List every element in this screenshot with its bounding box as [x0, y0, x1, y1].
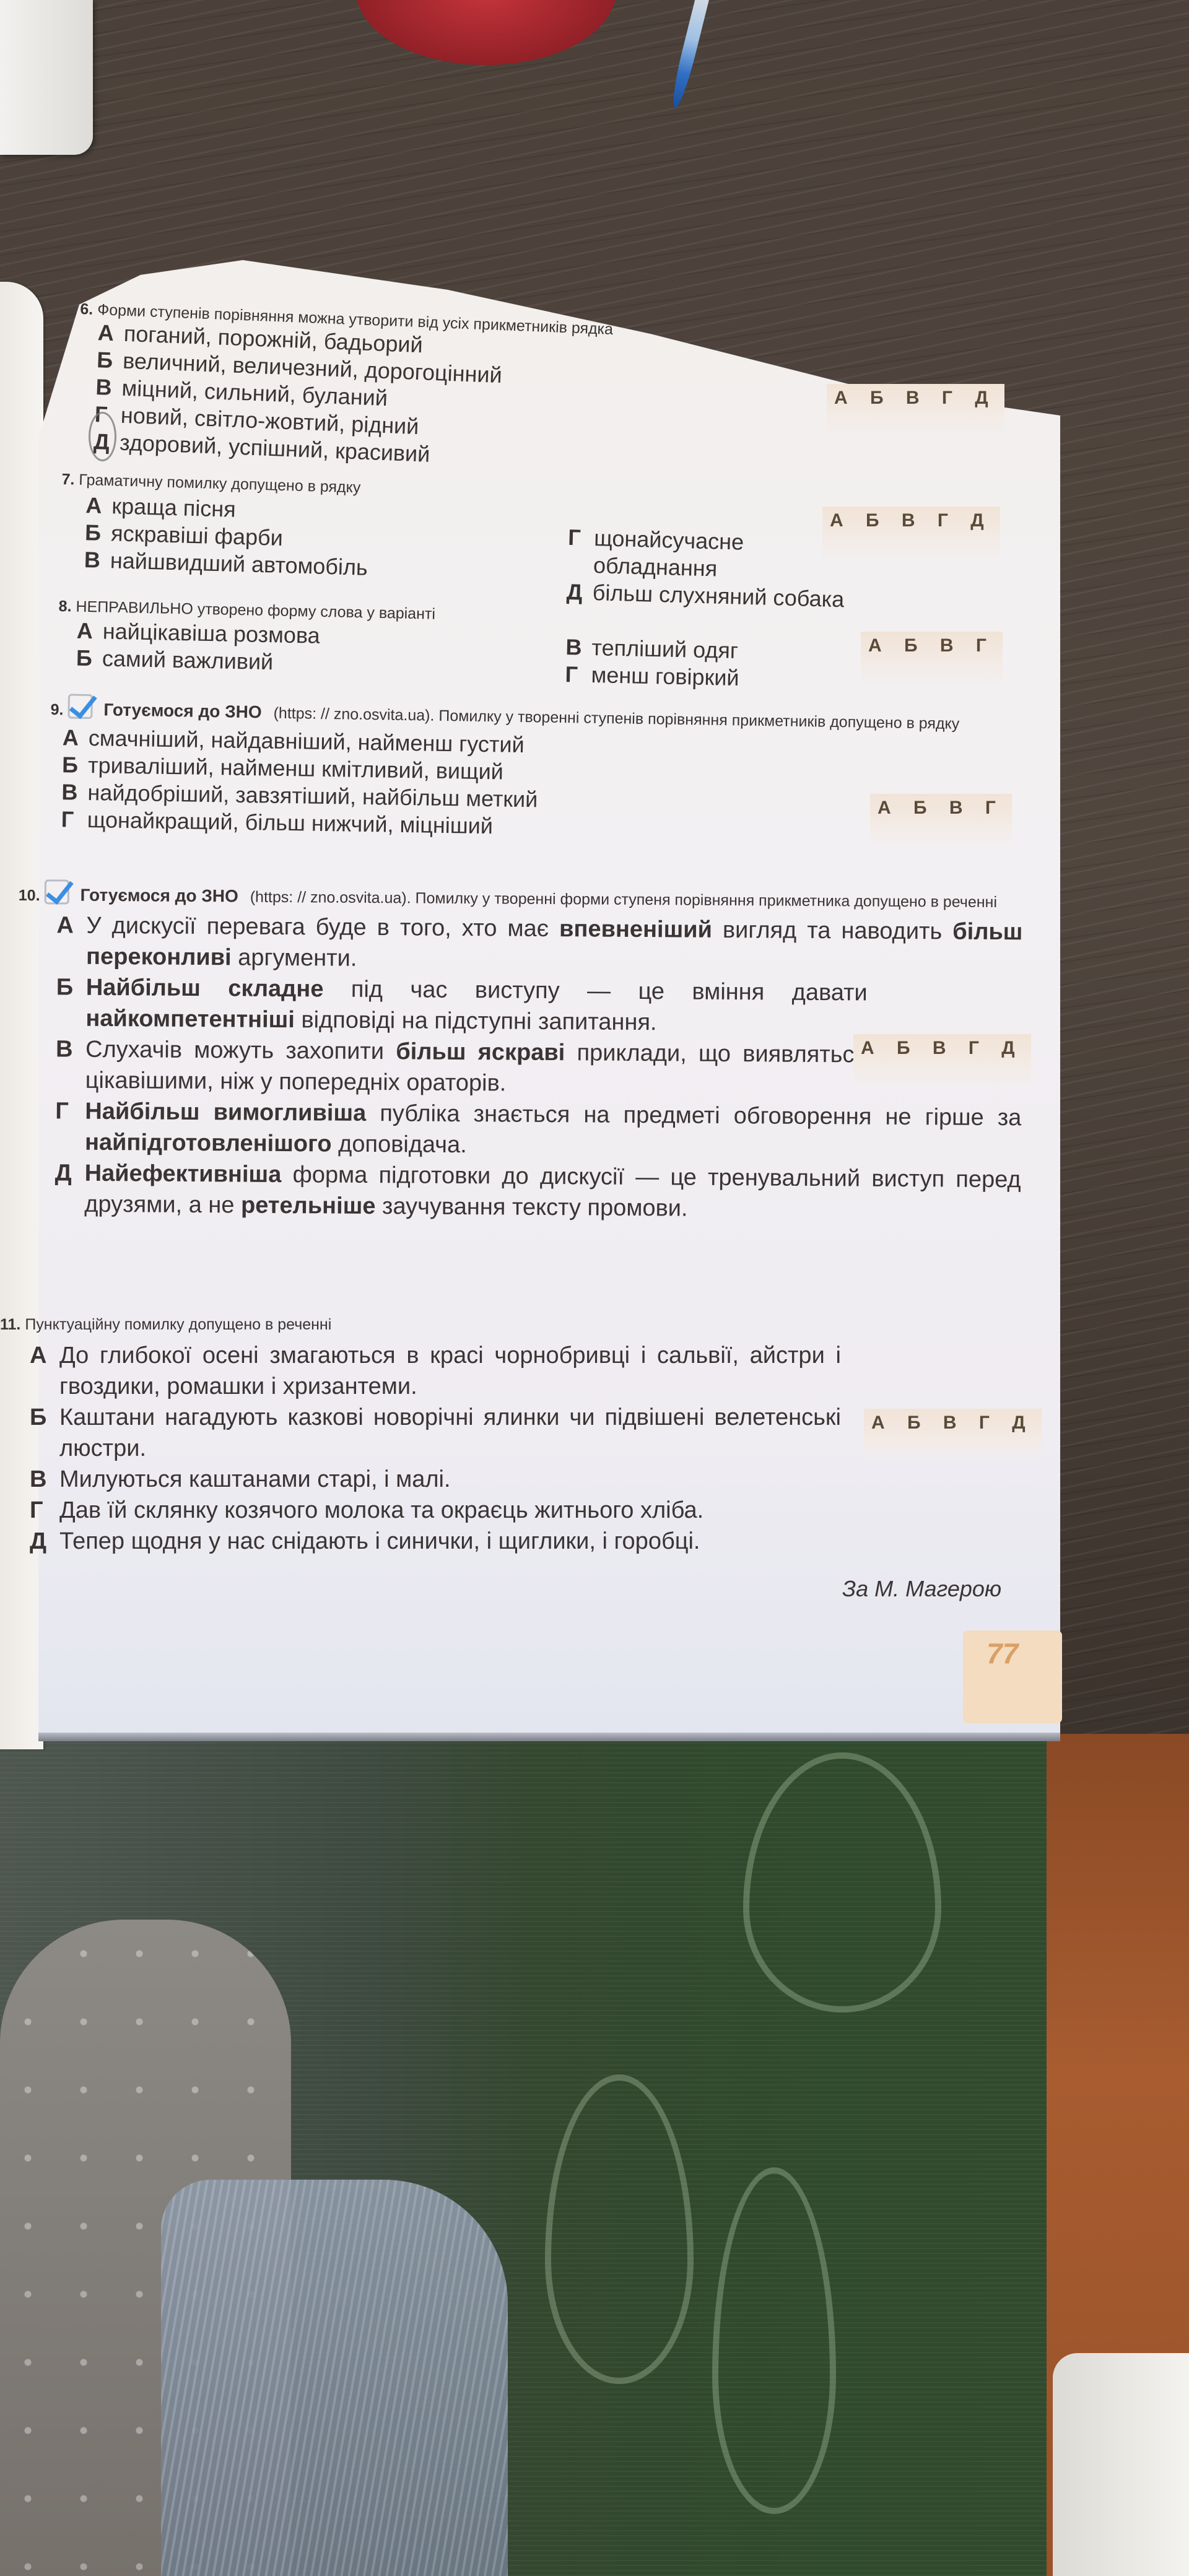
highlighted-word: ретельніше	[241, 1193, 376, 1220]
page-content: 6. Форми ступенів порівняння можна утвор…	[0, 0, 1189, 1734]
task-10-option-c[interactable]: ВСлухачів можуть захопити більш яскраві …	[56, 1033, 868, 1101]
task-7-answer-grid[interactable]: А Б В Г Д	[822, 507, 1000, 560]
option-letter: А	[56, 910, 87, 972]
text-fragment: публіка знається на предметі обговорення…	[366, 1100, 1021, 1131]
option-text: Найефективніша форма підготовки до диску…	[84, 1158, 1021, 1227]
zno-checkmark-icon	[44, 879, 69, 904]
page-number: 77	[986, 1637, 1018, 1670]
highlighted-word: впевненіший	[559, 916, 712, 943]
source-attribution: За М. Магерою	[842, 1576, 1001, 1602]
task-7-option-d[interactable]: Гщонайсучасне обладнання	[567, 524, 803, 585]
task-10-option-a[interactable]: АУ дискусії перевага буде в того, хто ма…	[56, 910, 1023, 978]
task-10-option-e[interactable]: ДНайефективніша форма підготовки до диск…	[54, 1157, 1021, 1226]
task-8-option-d[interactable]: Гменш говіркий	[565, 661, 739, 692]
task-10-prompt: 10. Готуємося до ЗНО (https: // zno.osvi…	[19, 879, 1022, 912]
option-letter: Д	[54, 1157, 85, 1219]
task-7-option-e[interactable]: Дбільш слухняний собака	[566, 578, 845, 614]
task-11-option-e[interactable]: ДТепер щодня у нас снідають і синички, і…	[30, 1526, 1053, 1557]
page-edge	[38, 1733, 1060, 1741]
task-6: 6. Форми ступенів порівняння можна утвор…	[74, 300, 613, 475]
text-fragment: відповіді на підступні запитання.	[295, 1007, 657, 1035]
task-10-option-b[interactable]: БНайбільш складне під час виступу — це в…	[56, 972, 868, 1039]
zno-checkmark-icon	[68, 694, 93, 719]
text-fragment: У дискусії перевага буде в того, хто має	[86, 913, 559, 942]
option-letter: Б	[56, 972, 86, 1033]
task-11-option-d[interactable]: ГДав їй склянку козячого молока та окрає…	[30, 1495, 1053, 1526]
highlighted-word: Найбільш складне	[86, 975, 324, 1003]
highlighted-word: найкомпетентніші	[85, 1006, 295, 1033]
task-8-answer-grid[interactable]: А Б В Г	[861, 632, 1003, 685]
option-letter: В	[56, 1033, 86, 1095]
white-plug	[1053, 2353, 1189, 2576]
highlighted-word: Найефективніша	[85, 1160, 282, 1188]
task-10-option-d[interactable]: ГНайбільш вимогливіша публіка знається н…	[55, 1095, 1022, 1164]
option-letter: Г	[55, 1095, 85, 1157]
highlighted-word: Найбільш вимогливіша	[85, 1099, 366, 1126]
task-11-answer-grid[interactable]: А Б В Г Д	[864, 1409, 1042, 1462]
option-text: У дискусії перевага буде в того, хто має…	[86, 910, 1023, 979]
task-11-option-c[interactable]: ВМилуються каштанами старі, і малі.	[30, 1464, 1053, 1495]
text-fragment: аргументи.	[232, 944, 357, 971]
task-9: 9. Готуємося до ЗНО (https: // zno.osvit…	[48, 694, 1010, 848]
text-fragment: доповідача.	[331, 1131, 466, 1159]
task-9-answer-grid[interactable]: А Б В Г	[870, 794, 1012, 847]
zno-link[interactable]: (https: // zno.osvita.ua).	[273, 705, 434, 724]
text-fragment: Слухачів можуть захопити	[85, 1037, 396, 1064]
task-6-answer-grid[interactable]: А Б В Г Д	[827, 384, 1004, 437]
option-text: Слухачів можуть захопити більш яскраві п…	[85, 1034, 868, 1102]
highlighted-word: найпідготовленішого	[85, 1129, 332, 1157]
text-fragment: вигляд та наводить	[712, 917, 953, 945]
task-11-prompt: 11. Пунктуаційну помилку допущено в рече…	[0, 1316, 1053, 1334]
pencil-circle-mark	[89, 412, 116, 461]
text-fragment: під час виступу — це вміння давати	[323, 976, 868, 1006]
highlighted-word: більш яскраві	[396, 1038, 565, 1066]
task-11-option-b[interactable]: БКаштани нагадують казкові новорічні яли…	[30, 1402, 841, 1464]
text-fragment: заучування тексту промови.	[375, 1193, 687, 1222]
option-text: Найбільш складне під час виступу — це вм…	[85, 972, 868, 1040]
blanket-fringe	[161, 2180, 508, 2576]
zno-link[interactable]: (https: // zno.osvita.ua).	[250, 889, 411, 907]
task-8-option-c[interactable]: Втепліший одяг	[565, 633, 740, 664]
task-11-option-a[interactable]: АДо глибокої осені змагаються в красі чо…	[30, 1340, 841, 1402]
option-text: Найбільш вимогливіша публіка знається на…	[85, 1096, 1022, 1165]
task-10-answer-grid[interactable]: А Б В Г Д	[853, 1034, 1031, 1087]
